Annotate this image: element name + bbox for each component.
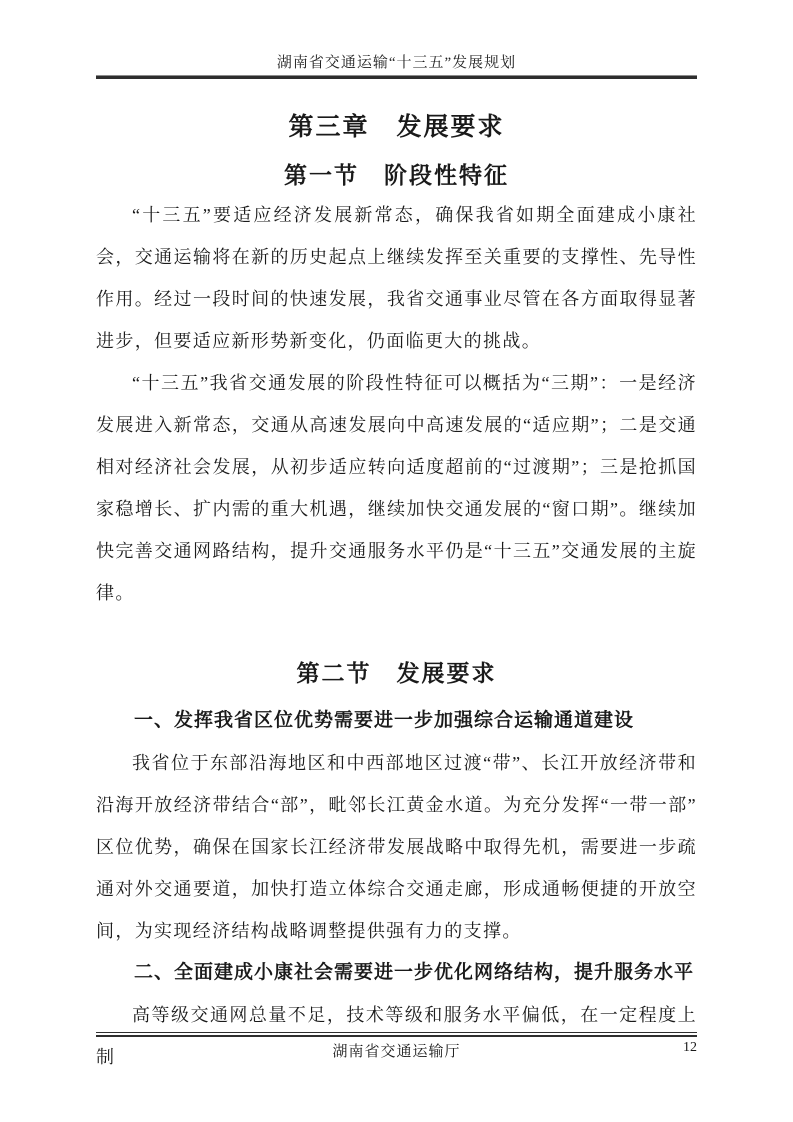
section-2-title: 第二节 发展要求 [96,658,697,688]
document-content: 第三章 发展要求 第一节 阶段性特征 “十三五”要适应经济发展新常态，确保我省如… [96,100,697,1078]
header-title: 湖南省交通运输“十三五”发展规划 [0,51,793,72]
paragraph-3: 我省位于东部沿海地区和中西部地区过渡“带”、长江开放经济带和沿海开放经济带结合“… [96,742,697,952]
chapter-title: 第三章 发展要求 [96,112,697,142]
subsection-1-title: 一、发挥我省区位优势需要进一步加强综合运输通道建设 [96,700,697,742]
subsection-2-title: 二、全面建成小康社会需要进一步优化网络结构，提升服务水平 [96,952,697,994]
paragraph-1: “十三五”要适应经济发展新常态，确保我省如期全面建成小康社会，交通运输将在新的历… [96,194,697,362]
section-1-title: 第一节 阶段性特征 [96,160,697,190]
page-footer: 湖南省交通运输厅 12 [96,1040,697,1062]
page-number: 12 [683,1040,697,1056]
paragraph-2: “十三五”我省交通发展的阶段性特征可以概括为“三期”：一是经济发展进入新常态，交… [96,362,697,614]
footer-rule [96,1032,697,1037]
footer-organization: 湖南省交通运输厅 [96,1040,697,1061]
document-page: 湖南省交通运输“十三五”发展规划 第三章 发展要求 第一节 阶段性特征 “十三五… [0,0,793,1122]
header-rule [96,75,697,79]
